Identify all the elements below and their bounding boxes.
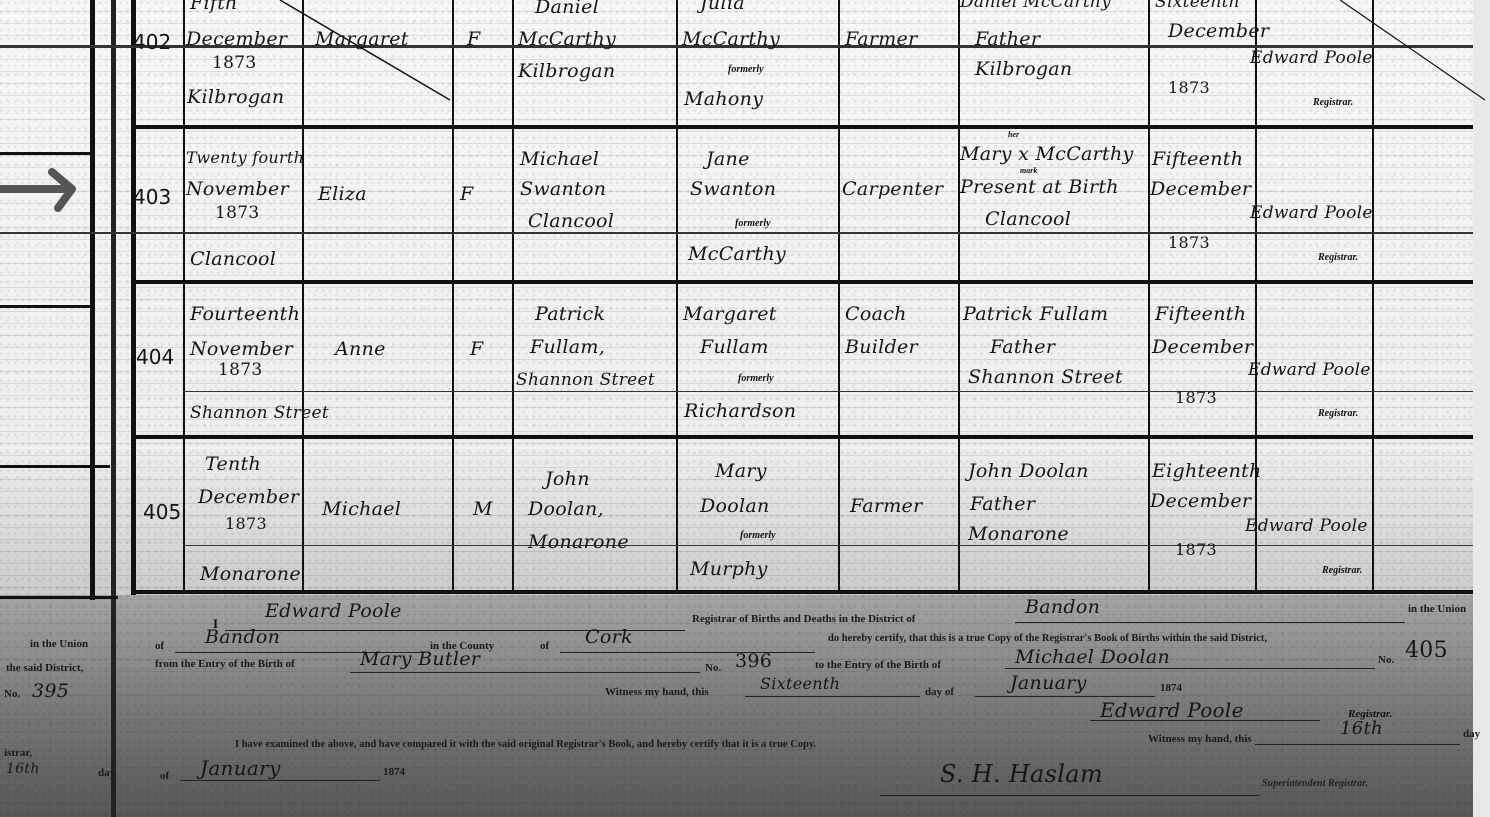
cert-witness-day: Sixteenth: [760, 676, 840, 692]
mark-label: mark: [1020, 166, 1037, 175]
formerly-label: formerly: [738, 373, 774, 384]
registrar-label: Registrar.: [1318, 252, 1358, 263]
birth-year: 1873: [212, 55, 256, 72]
col-sep-rank: [958, 0, 960, 592]
fill-line: [880, 795, 1260, 796]
informant-relation: Present at Birth: [960, 178, 1119, 197]
formerly-label: formerly: [735, 218, 771, 229]
col-sep-no: [183, 0, 185, 592]
registered-year: 1873: [1168, 235, 1210, 251]
mother-surname: McCarthy: [682, 30, 780, 49]
mother-maiden-name: Mahony: [684, 90, 763, 109]
cert-in-the-union: in the Union: [1408, 603, 1466, 615]
mother-first: Margaret: [683, 305, 777, 324]
child-sex: F: [467, 30, 480, 49]
father-first: Michael: [520, 150, 599, 169]
child-sex: F: [460, 185, 473, 204]
row-divider-1: [131, 125, 1473, 129]
formerly-label: formerly: [728, 64, 764, 75]
margin-said-district: the said District,: [6, 662, 83, 674]
cert-month-2: January: [200, 758, 281, 778]
margin-in-the-union: in the Union: [30, 638, 88, 650]
superintendent-signature: S. H. Haslam: [940, 762, 1103, 786]
mother-maiden-name: Richardson: [684, 402, 796, 421]
registered-month: December: [1150, 492, 1251, 511]
cert-witness-year: 1874: [1160, 682, 1182, 694]
row4-midline: [183, 545, 1473, 546]
mother-first: Mary: [715, 462, 767, 481]
registered-year: 1873: [1168, 80, 1210, 96]
mother-maiden-name: McCarthy: [688, 245, 786, 264]
cert-from-name: Mary Butler: [360, 650, 480, 669]
registered-year: 1873: [1175, 542, 1217, 558]
father-residence: Shannon Street: [516, 372, 655, 389]
informant-name: Patrick Fullam: [963, 305, 1108, 324]
birth-day: Tenth: [205, 455, 261, 474]
birth-year: 1873: [215, 205, 259, 222]
registrar-signature: Edward Poole: [1245, 518, 1368, 535]
birth-month: November: [186, 180, 289, 199]
registered-month: December: [1150, 180, 1251, 199]
row3-midline: [183, 391, 1473, 392]
cert-day-of: day of: [925, 686, 954, 698]
registrar-signature: Edward Poole: [1248, 362, 1371, 379]
child-name: Eliza: [318, 185, 367, 204]
cert-from-no: 396: [735, 652, 772, 671]
fill-line: [1090, 720, 1320, 721]
registered-day: Sixteenth: [1155, 0, 1240, 11]
birth-month: December: [186, 30, 287, 49]
mother-surname: Fullam: [700, 338, 769, 357]
father-surname: McCarthy: [518, 30, 616, 49]
birth-month: December: [198, 488, 299, 507]
row-divider-4: [131, 590, 1473, 594]
margin-day-label: day: [98, 767, 115, 779]
cert-registrar-signature: Edward Poole: [1100, 700, 1244, 720]
cert-witness-month: January: [1010, 674, 1087, 693]
birth-year: 1873: [218, 362, 262, 379]
father-first: Patrick: [535, 305, 605, 324]
informant-name: Mary x McCarthy: [960, 145, 1134, 164]
informant-relation: Father: [970, 495, 1035, 514]
informant-residence: Clancool: [985, 210, 1071, 229]
binding-shadow: [111, 0, 116, 817]
informant-name: John Doolan: [968, 462, 1089, 481]
registered-year: 1873: [1175, 390, 1217, 406]
registered-day: Fifteenth: [1152, 150, 1243, 169]
child-sex: F: [470, 340, 483, 359]
right-edge: [1473, 0, 1490, 817]
cert-registrar-name: Edward Poole: [265, 602, 402, 621]
entry-number: 402: [133, 30, 171, 54]
mother-maiden-name: Murphy: [690, 560, 768, 579]
child-name: Margaret: [315, 30, 409, 49]
strike-diagonal-402: [260, 0, 460, 110]
cert-to-no: 405: [1405, 640, 1448, 662]
father-first: Daniel: [535, 0, 599, 17]
cert-county-of: of: [540, 640, 549, 652]
birth-month: November: [190, 340, 293, 359]
registrar-label: Registrar.: [1318, 408, 1358, 419]
margin-day-value: 16th: [6, 762, 40, 776]
table-left-border: [131, 0, 136, 595]
registered-day: Eighteenth: [1152, 462, 1262, 481]
child-sex: M: [473, 500, 493, 519]
fill-line: [1015, 622, 1405, 623]
father-rank: Farmer: [850, 497, 922, 516]
father-rank: Farmer: [845, 30, 917, 49]
cert-day-2: day: [1463, 728, 1480, 740]
cert-year-2: 1874: [383, 766, 405, 778]
informant-name: Daniel McCarthy: [960, 0, 1111, 11]
cert-to-no-label: No.: [1378, 654, 1394, 666]
superintendent-label: Superintendent Registrar.: [1262, 778, 1368, 789]
col-sep-sex: [512, 0, 514, 592]
margin-line-4: [0, 596, 118, 599]
fill-line: [975, 696, 1155, 697]
col-sep-mother: [838, 0, 840, 592]
cert-registrar-of: Registrar of Births and Deaths in the Di…: [692, 613, 915, 625]
cert-witness-hand-2: Witness my hand, this: [1148, 733, 1252, 745]
fill-line: [1255, 744, 1460, 745]
row2-midline: [0, 232, 1473, 234]
fill-line: [560, 652, 815, 653]
row-divider-3: [131, 435, 1473, 439]
birth-place: Monarone: [200, 565, 301, 584]
informant-relation: Father: [975, 30, 1040, 49]
child-name: Michael: [322, 500, 401, 519]
registrar-label: Registrar.: [1322, 565, 1362, 576]
entry-number: 404: [136, 345, 174, 369]
informant-residence: Kilbrogan: [975, 60, 1072, 79]
birth-place: Kilbrogan: [187, 88, 284, 107]
registrar-label: Registrar.: [1313, 97, 1353, 108]
cert-hereby-certify: do hereby certify, that this is a true C…: [828, 633, 1267, 644]
informant-residence: Monarone: [968, 525, 1069, 544]
birth-day: Fifth: [190, 0, 238, 13]
father-first: John: [545, 470, 590, 489]
father-surname: Doolan,: [528, 500, 604, 519]
fill-line: [180, 780, 380, 781]
cert-to-entry: to the Entry of the Birth of: [815, 659, 941, 671]
father-residence: Monarone: [528, 533, 629, 552]
father-residence: Clancool: [528, 212, 614, 231]
margin-line-1: [0, 152, 95, 155]
father-rank-line2: Builder: [845, 338, 918, 357]
birth-place: Shannon Street: [190, 405, 329, 422]
cert-examined-statement: I have examined the above, and have comp…: [235, 739, 816, 750]
col-sep-father: [676, 0, 678, 592]
cert-witness-day-2: 16th: [1340, 720, 1383, 738]
margin-line-2: [0, 305, 95, 308]
fill-line: [1005, 668, 1375, 669]
formerly-label: formerly: [740, 530, 776, 541]
registrar-signature: Edward Poole: [1250, 205, 1373, 222]
birth-day: Twenty fourth: [186, 150, 304, 166]
registered-month: December: [1168, 22, 1269, 41]
margin-registrar-fragment: istrar,: [4, 747, 32, 759]
registrar-signature: Edward Poole: [1250, 50, 1373, 67]
cert-from-entry: from the Entry of the Birth of: [155, 658, 295, 670]
mark-her: her: [1008, 130, 1019, 139]
row-divider-2: [131, 280, 1473, 284]
margin-no-value: 395: [32, 682, 69, 701]
birth-year: 1873: [225, 516, 267, 532]
father-rank: Carpenter: [842, 180, 943, 199]
cert-district: Bandon: [1025, 598, 1100, 617]
father-rank-line1: Coach: [845, 305, 907, 324]
child-name: Anne: [335, 340, 386, 359]
cert-union: Bandon: [205, 628, 280, 647]
birth-place: Clancool: [190, 250, 276, 269]
margin-line-3: [0, 465, 110, 468]
cert-of-2: of: [160, 770, 169, 782]
cert-of: of: [155, 640, 164, 652]
col-sep-registered: [1255, 0, 1257, 592]
informant-residence: Shannon Street: [968, 368, 1123, 387]
father-surname: Fullam,: [530, 338, 605, 357]
cert-witness-hand: Witness my hand, this: [605, 686, 709, 698]
father-residence: Kilbrogan: [518, 62, 615, 81]
fill-line: [745, 696, 920, 697]
entry-number: 405: [143, 500, 181, 524]
mother-surname: Doolan: [700, 497, 770, 516]
arrow-right-icon: [0, 168, 80, 212]
margin-no-label: No.: [4, 688, 20, 700]
registered-month: December: [1152, 338, 1253, 357]
cert-county: Cork: [585, 628, 633, 647]
cert-to-name: Michael Doolan: [1015, 648, 1170, 667]
informant-relation: Father: [990, 338, 1055, 357]
cert-from-no-label: No.: [705, 662, 721, 674]
mother-first: Julia: [700, 0, 745, 13]
fill-line: [350, 672, 700, 673]
entry-number: 403: [133, 185, 171, 209]
registered-day: Fifteenth: [1155, 305, 1246, 324]
mother-first: Jane: [706, 150, 750, 169]
father-surname: Swanton: [520, 180, 606, 199]
left-page-border: [90, 0, 95, 600]
mother-surname: Swanton: [690, 180, 776, 199]
birth-day: Fourteenth: [190, 305, 300, 324]
